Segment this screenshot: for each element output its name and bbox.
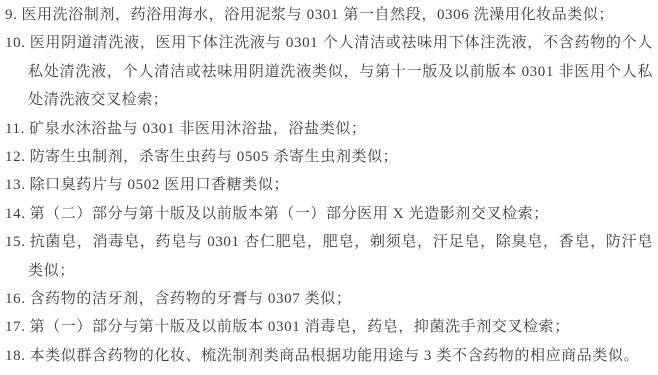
item-number: 17. (5, 319, 26, 335)
item-text: 防寄生虫制剂，杀寄生虫药与 0505 杀寄生虫剂类似； (30, 149, 399, 165)
item-number: 9. (5, 7, 17, 23)
item-number: 18. (5, 348, 26, 364)
list-item: 11.矿泉水沐浴盐与 0301 非医用沐浴盐，浴盐类似； (5, 115, 653, 143)
ordered-list: 9.医用洗浴制剂，药浴用海水，浴用泥浆与 0301 第一自然段，0306 洗澡用… (5, 1, 653, 370)
item-text: 医用阴道清洗液，医用下体注洗液与 0301 个人清洁或祛味用下体注洗液，不含药物… (28, 35, 653, 108)
item-text: 除口臭药片与 0502 医用口香糖类似； (30, 177, 290, 193)
item-text: 第（一）部分与第十版及以前版本 0301 消毒皂，药皂，抑菌洗手剂交叉检索； (30, 319, 570, 335)
item-text: 医用洗浴制剂，药浴用海水，浴用泥浆与 0301 第一自然段，0306 洗澡用化妆… (21, 7, 614, 23)
list-item: 15.抗菌皂，消毒皂，药皂与 0301 杏仁肥皂，肥皂，剃须皂，汗足皂，除臭皂，… (5, 228, 653, 285)
item-text: 抗菌皂，消毒皂，药皂与 0301 杏仁肥皂，肥皂，剃须皂，汗足皂，除臭皂，香皂，… (28, 234, 653, 278)
item-number: 14. (5, 206, 26, 222)
list-item: 18.本类似群含药物的化妆、梳洗制剂类商品根据功能用途与 3 类不含药物的相应商… (5, 342, 653, 370)
item-text: 本类似群含药物的化妆、梳洗制剂类商品根据功能用途与 3 类不含药物的相应商品类似… (30, 348, 640, 364)
list-item: 13.除口臭药片与 0502 医用口香糖类似； (5, 171, 653, 199)
list-item: 9.医用洗浴制剂，药浴用海水，浴用泥浆与 0301 第一自然段，0306 洗澡用… (5, 1, 653, 29)
item-number: 13. (5, 177, 26, 193)
item-number: 16. (5, 291, 26, 307)
item-number: 10. (5, 35, 26, 51)
list-item: 12.防寄生虫制剂，杀寄生虫药与 0505 杀寄生虫剂类似； (5, 143, 653, 171)
item-number: 15. (5, 234, 26, 250)
list-item: 10.医用阴道清洗液，医用下体注洗液与 0301 个人清洁或祛味用下体注洗液，不… (5, 29, 653, 114)
document-page: 9.医用洗浴制剂，药浴用海水，浴用泥浆与 0301 第一自然段，0306 洗澡用… (0, 0, 658, 375)
item-text: 第（二）部分与第十版及以前版本第（一）部分医用 X 光造影剂交叉检索； (30, 206, 549, 222)
item-number: 11. (5, 121, 25, 137)
list-item: 17.第（一）部分与第十版及以前版本 0301 消毒皂，药皂，抑菌洗手剂交叉检索… (5, 313, 653, 341)
list-item: 14.第（二）部分与第十版及以前版本第（一）部分医用 X 光造影剂交叉检索； (5, 200, 653, 228)
item-text: 矿泉水沐浴盐与 0301 非医用沐浴盐，浴盐类似； (29, 121, 367, 137)
item-text: 含药物的洁牙剂，含药物的牙膏与 0307 类似； (30, 291, 352, 307)
list-item: 16.含药物的洁牙剂，含药物的牙膏与 0307 类似； (5, 285, 653, 313)
item-number: 12. (5, 149, 26, 165)
